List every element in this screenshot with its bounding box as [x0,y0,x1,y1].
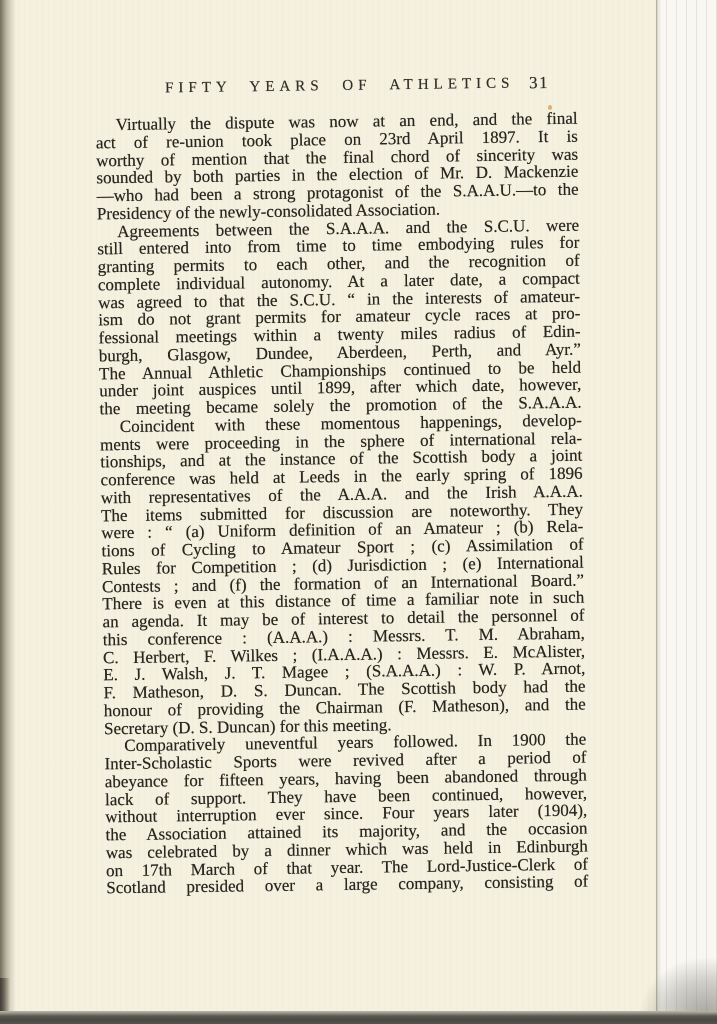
paragraph: Comparatively uneventful years followed.… [104,731,588,897]
scanner-edge-bar [0,1011,717,1024]
running-header: FIFTY YEARS OF ATHLETICS 31 [95,75,577,98]
paper-blemish [548,105,552,110]
page-content: FIFTY YEARS OF ATHLETICS 31 Virtually th… [95,75,588,898]
scanned-book-page: FIFTY YEARS OF ATHLETICS 31 Virtually th… [0,0,717,1024]
paragraph: Coincident with these momentous happenin… [100,411,586,737]
book-gutter-edge [0,0,16,1024]
page-edge-corner-shadow [640,958,717,1018]
page-edge-strip [656,0,717,1024]
page-body: Virtually the dispute was now at an end,… [96,110,589,898]
paragraph: Virtually the dispute was now at an end,… [96,110,579,223]
page-number: 31 [529,73,549,93]
paragraph: Agreements between the S.A.A.A. and the … [97,216,582,418]
running-header-title: FIFTY YEARS OF ATHLETICS [165,76,515,98]
